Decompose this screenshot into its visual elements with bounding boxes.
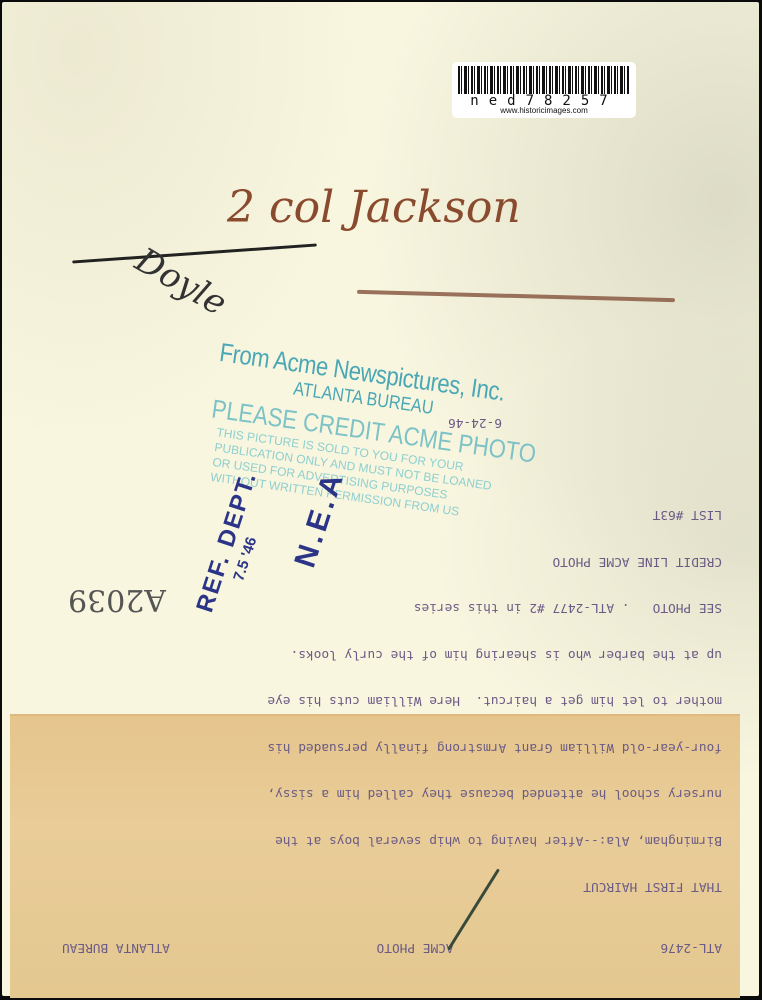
caption-date: 6-24-46 (62, 415, 502, 431)
caption-bureau: ATLANTA BUREAU (62, 940, 170, 956)
caption-line: up at the barber who is shearing him of … (62, 647, 722, 663)
caption-title: THAT FIRST HAIRCUT (62, 879, 722, 895)
caption-text-upside-down: ATL-2476 ACME PHOTO ATLANTA BUREAU THAT … (10, 716, 740, 998)
caption-header: ATL-2476 ACME PHOTO ATLANTA BUREAU (62, 940, 722, 956)
caption-line: LIST #63T (62, 507, 722, 523)
caption-line: Birmingham, Ala:--After having to whip s… (62, 833, 722, 849)
barcode-icon (458, 66, 630, 94)
caption-line: mother to let him get a haircut. Here Wi… (62, 693, 722, 709)
handwritten-brown-note: 2 col Jackson (227, 182, 521, 233)
barcode-url: www.historicimages.com (452, 106, 636, 115)
caption-agency: ACME PHOTO (377, 940, 454, 956)
photo-back-sheet: ned78257 www.historicimages.com 2 col Ja… (2, 2, 759, 996)
barcode-label: ned78257 www.historicimages.com (452, 62, 636, 118)
caption-line: CREDIT LINE ACME PHOTO (62, 554, 722, 570)
caption-label: ATL-2476 ACME PHOTO ATLANTA BUREAU THAT … (10, 714, 740, 998)
caption-line: SEE PHOTO . ATL-2477 #2 in this series (62, 600, 722, 616)
black-strike-line (72, 243, 317, 263)
caption-id: ATL-2476 (660, 940, 722, 956)
caption-line: nursery school he attended because they … (62, 786, 722, 802)
caption-line: four-year-old William Grant Armstrong fi… (62, 740, 722, 756)
brown-underline (357, 290, 675, 302)
